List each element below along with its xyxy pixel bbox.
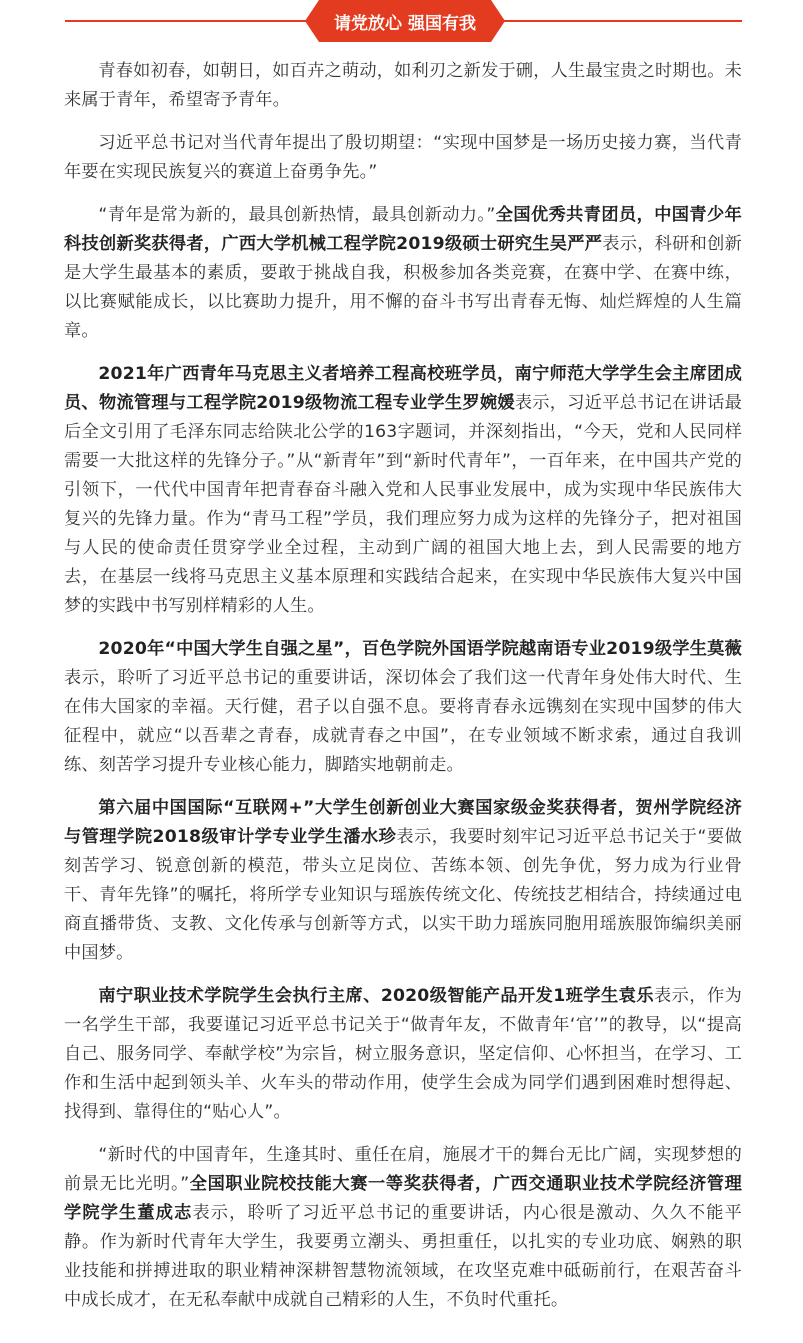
paragraph-6: 第六届中国国际“互联网+”大学生创新创业大赛国家级金奖获得者，贺州学院经济与管理… <box>64 794 742 968</box>
paragraph-4: 2021年广西青年马克思主义者培养工程高校班学员，南宁师范大学学生会主席团成员、… <box>64 360 742 621</box>
text-segment: 表示，我要时刻牢记习近平总书记关于“要做刻苦学习、锐意创新的模范，带头立足岗位、… <box>64 827 742 963</box>
paragraph-5: 2020年“中国大学生自强之星”，百色学院外国语学院越南语专业2019级学生莫薇… <box>64 635 742 780</box>
text-segment: 表示，作为一名学生干部，我要谨记习近平总书记关于“做青年友，不做青年‘官’”的教… <box>64 986 742 1122</box>
speaker-credential: 南宁职业技术学院学生会执行主席、2020级智能产品开发1班学生袁乐 <box>98 986 654 1006</box>
header-divider-left <box>65 20 310 22</box>
header-divider-right <box>500 20 742 22</box>
paragraph-8: “新时代的中国青年，生逢其时、重任在肩，施展才干的舞台无比广阔，实现梦想的前景无… <box>64 1141 742 1315</box>
section-header: 请党放心 强国有我 <box>0 0 803 44</box>
section-banner: 请党放心 强国有我 <box>305 0 505 42</box>
text-segment: 表示，聆听了习近平总书记的重要讲话，深切体会了我们这一代青年身处伟大时代、生在伟… <box>64 668 742 775</box>
text-segment: 表示，习近平总书记在讲话最后全文引用了毛泽东同志给陕北公学的163字题词，并深刻… <box>64 393 742 616</box>
paragraph-1: 青春如初春，如朝日，如百卉之萌动，如利刃之新发于硎，人生最宝贵之时期也。未来属于… <box>64 57 742 115</box>
speaker-credential: 2020年“中国大学生自强之星”，百色学院外国语学院越南语专业2019级学生莫薇 <box>98 639 742 659</box>
quote-segment: “青年是常为新的，最具创新热情，最具创新动力。” <box>98 205 495 225</box>
paragraph-2: 习近平总书记对当代青年提出了殷切期望：“实现中国梦是一场历史接力赛，当代青年要在… <box>64 129 742 187</box>
text-segment: 青春如初春，如朝日，如百卉之萌动，如利刃之新发于硎，人生最宝贵之时期也。未来属于… <box>64 61 742 110</box>
banner-title: 请党放心 强国有我 <box>334 9 476 34</box>
paragraph-3: “青年是常为新的，最具创新热情，最具创新动力。”全国优秀共青团员，中国青少年科技… <box>64 201 742 346</box>
paragraph-7: 南宁职业技术学院学生会执行主席、2020级智能产品开发1班学生袁乐表示，作为一名… <box>64 982 742 1127</box>
article-body: 青春如初春，如朝日，如百卉之萌动，如利刃之新发于硎，人生最宝贵之时期也。未来属于… <box>64 57 742 1329</box>
text-segment: 习近平总书记对当代青年提出了殷切期望：“实现中国梦是一场历史接力赛，当代青年要在… <box>64 133 742 182</box>
